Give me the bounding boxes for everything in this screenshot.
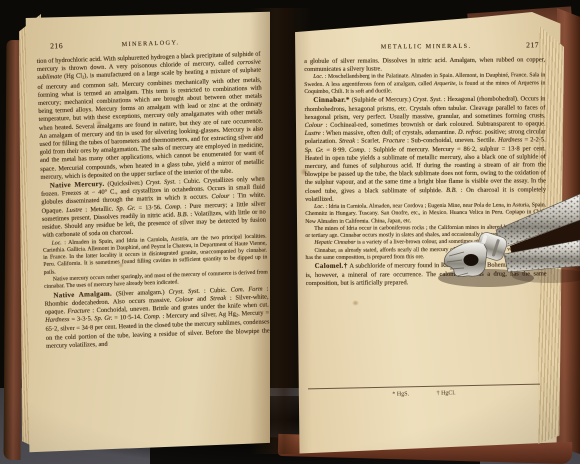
- running-head: MINERALOGY.: [63, 37, 238, 50]
- right-page-header: METALLIC MINERALS. 217: [304, 40, 545, 51]
- page-number: 217: [526, 40, 539, 49]
- running-head: METALLIC MINERALS.: [326, 42, 526, 50]
- photo-of-open-book: 216 MINERALOGY. tion of hydrochloric aci…: [0, 0, 580, 464]
- paragraph: Native Amalgam. (Silver amalgam.) Cryst.…: [44, 284, 270, 351]
- paragraph: Native Mercury. (Quicksilver.) Cryst. Sy…: [41, 175, 267, 241]
- paragraph: tion of hydrochloric acid. With sulphure…: [37, 51, 265, 182]
- left-page-body: tion of hydrochloric acid. With sulphure…: [37, 51, 271, 351]
- footnote-cinnabar: * HgS.: [392, 391, 409, 397]
- left-page-text-column: 216 MINERALOGY. tion of hydrochloric aci…: [36, 35, 272, 400]
- page-number: 216: [50, 41, 63, 50]
- footnote-calomel: † HgCl.: [437, 390, 456, 396]
- paragraph: Cinnabar.* (Sulphide of Mercury.) Cryst.…: [304, 95, 546, 204]
- paragraph: Loc. : Moschellandsberg in the Palatinat…: [304, 73, 545, 97]
- silver-hand-bookmark-icon: [438, 190, 580, 300]
